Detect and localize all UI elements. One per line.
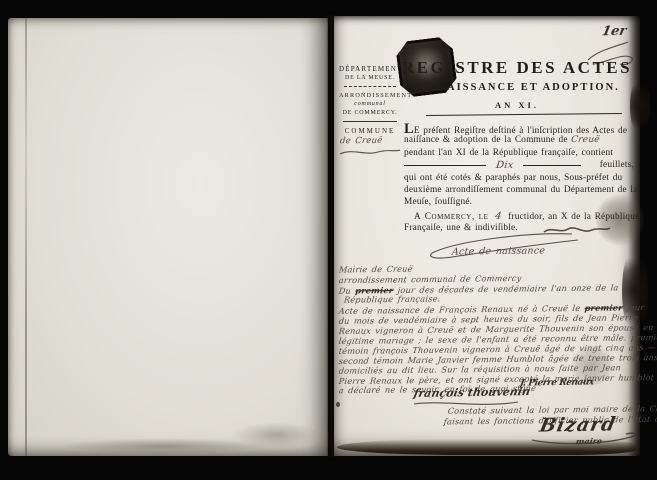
date-day-handwritten: 4 (494, 211, 502, 222)
left-blank-page (8, 18, 328, 456)
departement-sub: DE LA MEUSE. (339, 75, 401, 81)
register-title: REGISTRE DES ACTES (396, 58, 638, 78)
arrondissement-label: ARRONDISSEMENT (339, 92, 401, 99)
arrondissement-communal: communal (339, 101, 401, 107)
commune-name-inline: Creuë (571, 135, 601, 145)
blank-rule (404, 165, 486, 166)
act-birth-post: jour (626, 302, 645, 312)
intro-line-4: Dix feuillets, (404, 160, 634, 171)
date-place: A Commercy, le (414, 212, 489, 222)
act-heading: Acte de naissance (451, 245, 545, 257)
sidebar-divider (343, 121, 397, 122)
commune-name-handwritten: de Creuë (339, 136, 383, 147)
intro-line-7: Meuſe, ſouſſigné. (404, 197, 472, 207)
title-rule (426, 113, 622, 116)
folio-number: 1er (600, 24, 627, 39)
commune-label: COMMUNE (339, 127, 401, 135)
commune-name: Creuë (355, 136, 383, 146)
folio-text: 1er (600, 24, 627, 39)
blank-rule (523, 165, 581, 166)
mayor-signature-swash (530, 430, 640, 448)
feuillets-label: feuillets, (600, 160, 634, 170)
commune-underline-swash (338, 146, 402, 158)
struck-word: premier (584, 302, 623, 312)
act-line: République française. (343, 293, 441, 304)
feuillets-count-handwritten: Dix (495, 160, 514, 171)
intro-line-3: pendant l'an XI de la République françai… (404, 148, 613, 158)
date-rest: fructidor, an X de la République (508, 212, 639, 222)
marginal-ink-mark (336, 402, 340, 407)
commune-prefix: de (339, 136, 351, 146)
departement-label: DÉPARTEMENT (339, 65, 401, 73)
page-crease (25, 18, 27, 456)
register-year: AN XI. (400, 100, 634, 110)
paper-smudge (232, 422, 322, 448)
sidebar-divider (344, 86, 396, 87)
intro-line-6: deuxième arrondiſſement communal du Dépa… (404, 185, 637, 195)
arrondissement-commercy: DE COMMERCY. (339, 110, 401, 116)
intro-line-2-text: naiſſance & adoption de la Commune de (404, 135, 568, 145)
intro-line-5: qui ont été cotés & paraphés par nous, S… (404, 173, 622, 183)
register-subtitle: DE NAISSANCE ET ADOPTION. (400, 82, 634, 93)
intro-line-2: naiſſance & adoption de la Commune de Cr… (404, 135, 600, 145)
register-page: 1er DÉPARTEMENT DE LA MEUSE. ARRONDISSEM… (334, 16, 640, 456)
act-line: Mairie de Creuë (338, 264, 413, 275)
date-line-1: A Commercy, le 4 fructidor, an X de la R… (414, 211, 639, 222)
